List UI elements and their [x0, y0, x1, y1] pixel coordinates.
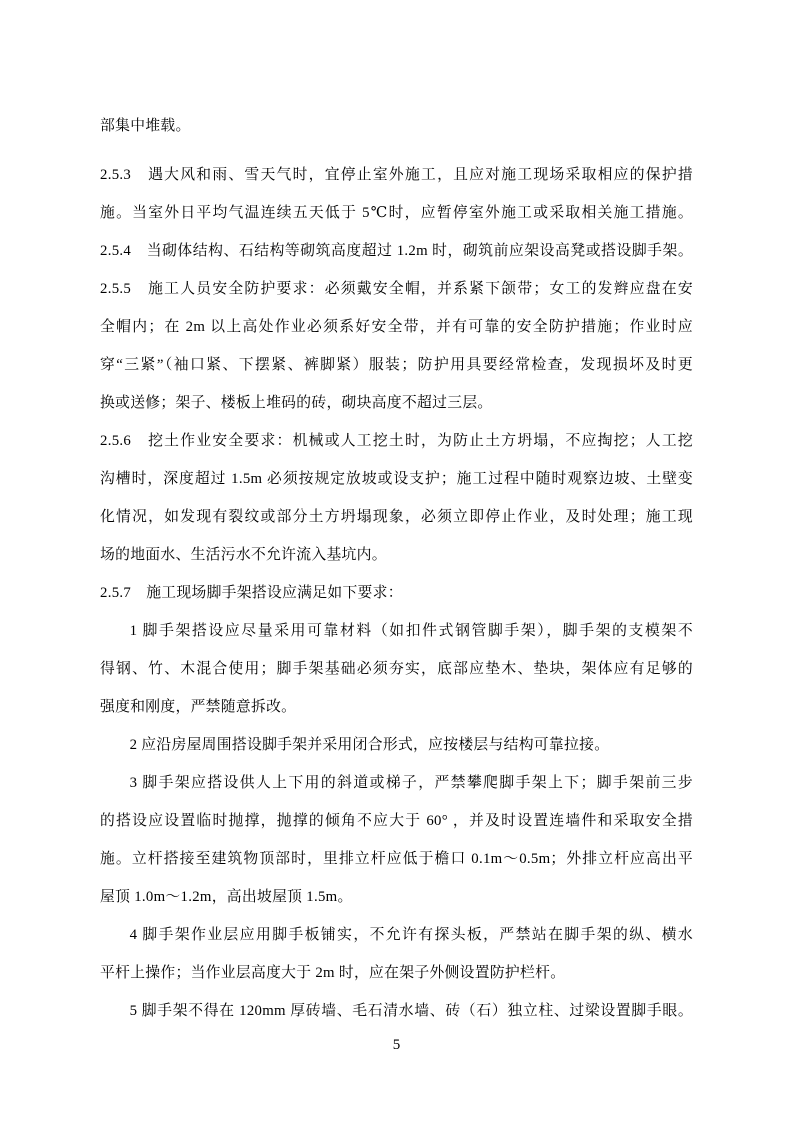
para-2.5.7-item-3: 3 脚手架应搭设供人上下用的斜道或梯子，严禁攀爬脚手架上下；脚手架前三步的搭设应… [100, 764, 693, 916]
text-line: 2.5.7 施工现场脚手架搭设应满足如下要求： [100, 574, 693, 612]
text-line: 2.5.6 挖土作业安全要求：机械或人工挖土时，为防止土方坍塌，不应掏挖；人工挖 [100, 422, 693, 460]
text-line: 部集中堆载。 [100, 107, 693, 145]
para-2.5.4: 2.5.4 当砌体结构、石结构等砌筑高度超过 1.2m 时，砌筑前应架设高凳或搭… [100, 232, 693, 270]
text-line: 2 应沿房屋周围搭设脚手架并采用闭合形式，应按楼层与结构可靠拉接。 [100, 726, 693, 764]
text-line: 2.5.4 当砌体结构、石结构等砌筑高度超过 1.2m 时，砌筑前应架设高凳或搭… [100, 232, 693, 270]
para-2.5.7-item-4: 4 脚手架作业层应用脚手板铺实，不允许有探头板，严禁站在脚手架的纵、横水平杆上操… [100, 916, 693, 992]
text-line: 3 脚手架应搭设供人上下用的斜道或梯子，严禁攀爬脚手架上下；脚手架前三步 [100, 764, 693, 802]
text-line: 换或送修；架子、楼板上堆码的砖，砌块高度不超过三层。 [100, 384, 693, 422]
para-2.5.3: 2.5.3 遇大风和雨、雪天气时，宜停止室外施工，且应对施工现场采取相应的保护措… [100, 156, 693, 232]
page-number: 5 [0, 1026, 793, 1064]
document-page: 部集中堆载。2.5.3 遇大风和雨、雪天气时，宜停止室外施工，且应对施工现场采取… [0, 0, 793, 1122]
para-2.5.5: 2.5.5 施工人员安全防护要求：必须戴安全帽，并系紧下颌带；女工的发辫应盘在安… [100, 270, 693, 422]
text-line: 屋顶 1.0m～1.2m，高出坡屋顶 1.5m。 [100, 878, 693, 916]
text-line: 得钢、竹、木混合使用；脚手架基础必须夯实，底部应垫木、垫块，架体应有足够的 [100, 650, 693, 688]
text-line: 4 脚手架作业层应用脚手板铺实，不允许有探头板，严禁站在脚手架的纵、横水 [100, 916, 693, 954]
text-line: 5 脚手架不得在 120mm 厚砖墙、毛石清水墙、砖（石）独立柱、过梁设置脚手眼… [100, 992, 693, 1030]
text-line: 的搭设应设置临时抛撑，抛撑的倾角不应大于 60° ，并及时设置连墙件和采取安全措 [100, 802, 693, 840]
text-line: 沟槽时，深度超过 1.5m 必须按规定放坡或设支护；施工过程中随时观察边坡、土壁… [100, 460, 693, 498]
text-line: 平杆上操作；当作业层高度大于 2m 时，应在架子外侧设置防护栏杆。 [100, 954, 693, 992]
para-2.5.7-item-2: 2 应沿房屋周围搭设脚手架并采用闭合形式，应按楼层与结构可靠拉接。 [100, 726, 693, 764]
text-line: 穿“三紧”（袖口紧、下摆紧、裤脚紧）服装；防护用具要经常检查，发现损坏及时更 [100, 346, 693, 384]
text-line: 场的地面水、生活污水不允许流入基坑内。 [100, 536, 693, 574]
text-line: 1 脚手架搭设应尽量采用可靠材料（如扣件式钢管脚手架），脚手架的支模架不 [100, 612, 693, 650]
text-line: 化情况，如发现有裂纹或部分土方坍塌现象，必须立即停止作业，及时处理；施工现 [100, 498, 693, 536]
text-line: 施。当室外日平均气温连续五天低于 5℃时，应暂停室外施工或采取相关施工措施。 [100, 194, 693, 232]
para-2.5.7-item-5: 5 脚手架不得在 120mm 厚砖墙、毛石清水墙、砖（石）独立柱、过梁设置脚手眼… [100, 992, 693, 1030]
text-line: 强度和刚度，严禁随意拆改。 [100, 688, 693, 726]
para-2.5.6: 2.5.6 挖土作业安全要求：机械或人工挖土时，为防止土方坍塌，不应掏挖；人工挖… [100, 422, 693, 574]
para-continuation: 部集中堆载。 [100, 107, 693, 145]
para-2.5.7-item-1: 1 脚手架搭设应尽量采用可靠材料（如扣件式钢管脚手架），脚手架的支模架不得钢、竹… [100, 612, 693, 726]
text-line: 施。立杆搭接至建筑物顶部时，里排立杆应低于檐口 0.1m～0.5m；外排立杆应高… [100, 840, 693, 878]
text-line: 2.5.5 施工人员安全防护要求：必须戴安全帽，并系紧下颌带；女工的发辫应盘在安 [100, 270, 693, 308]
text-line: 全帽内；在 2m 以上高处作业必须系好安全带，并有可靠的安全防护措施；作业时应 [100, 308, 693, 346]
text-line: 2.5.3 遇大风和雨、雪天气时，宜停止室外施工，且应对施工现场采取相应的保护措 [100, 156, 693, 194]
document-body: 部集中堆载。2.5.3 遇大风和雨、雪天气时，宜停止室外施工，且应对施工现场采取… [100, 107, 693, 1030]
para-2.5.7: 2.5.7 施工现场脚手架搭设应满足如下要求： [100, 574, 693, 612]
